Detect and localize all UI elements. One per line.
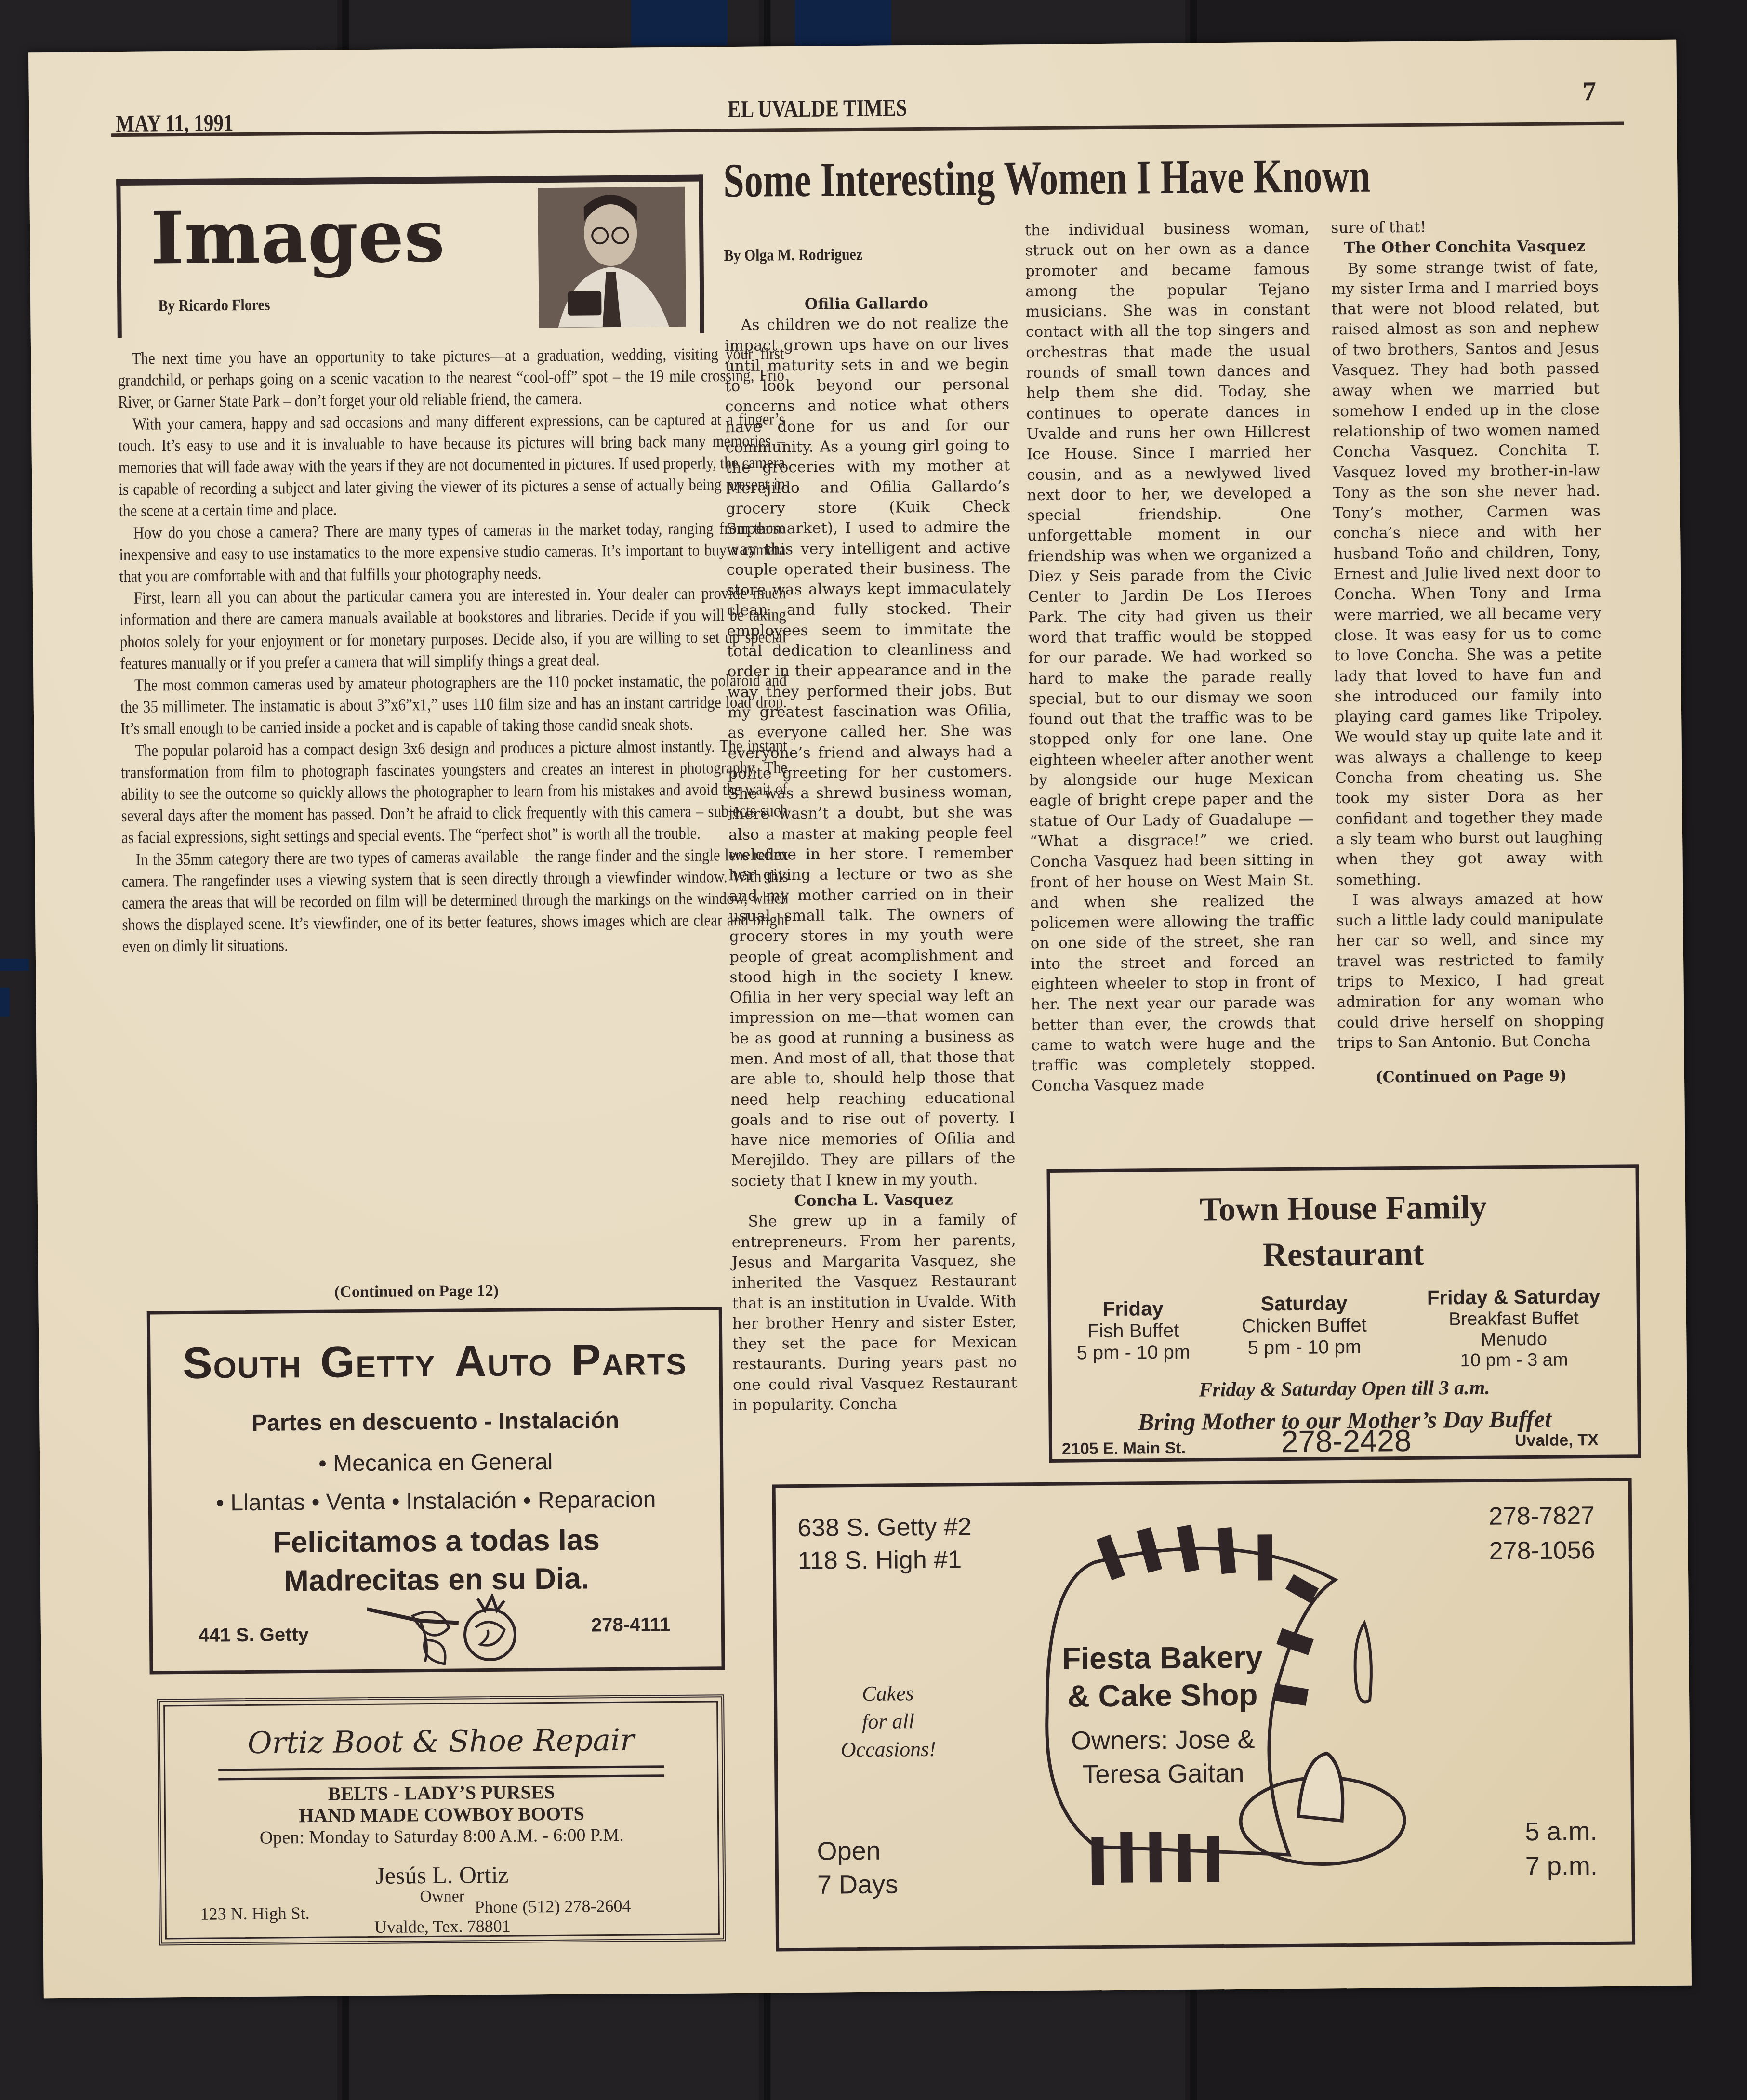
ad-phone: 278-7827	[1489, 1498, 1595, 1534]
masthead-rule	[111, 121, 1624, 137]
paragraph: The next time you have an opportunity to…	[118, 343, 784, 413]
name-rest: OUTH	[213, 1351, 302, 1385]
south-getty-auto-parts-ad: SOUTH GETTY AUTO PARTS Partes en descuen…	[147, 1307, 725, 1674]
special-day: Friday & Saturday	[1407, 1285, 1619, 1309]
paragraph: By some strange twist of fate, my sister…	[1331, 257, 1603, 891]
article-headline: Some Interesting Women I Have Known	[723, 148, 1371, 209]
section-heading: Ofilia Gallardo	[724, 293, 1008, 316]
ad-services: • Llantas • Venta • Instalación • Repara…	[152, 1486, 720, 1517]
fiesta-bakery-ad: 638 S. Getty #2 118 S. High #1 278-7827 …	[772, 1478, 1636, 1951]
section-heading: The Other Conchita Vasquez	[1331, 236, 1598, 259]
special-weekend: Friday & Saturday Breakfast Buffet Menud…	[1407, 1285, 1620, 1372]
rose-icon	[367, 1593, 531, 1667]
town-house-restaurant-ad: Town House Family Restaurant Friday Fish…	[1046, 1164, 1641, 1463]
newspaper-page: MAY 11, 1991 EL UVALDE TIMES 7 Images By…	[28, 40, 1692, 1999]
continued-link-page-12[interactable]: (Continued on Page 12)	[125, 1280, 708, 1303]
paragraph: She grew up in a family of entrepreneurs…	[731, 1210, 1017, 1416]
special-saturday: Saturday Chicken Buffet 5 pm - 10 pm	[1224, 1291, 1384, 1359]
name-rest: ARTS	[602, 1348, 687, 1382]
scanner-clip-mark	[631, 0, 728, 46]
section-heading: Concha L. Vasquez	[731, 1189, 1016, 1212]
name-initial: G	[320, 1337, 356, 1387]
ad-business-name: Ortiz Boot & Shoe Repair	[160, 1721, 722, 1761]
special-hours: 10 pm - 3 am	[1408, 1349, 1620, 1372]
article-column-3: the individual business woman, struck ou…	[1025, 218, 1316, 1096]
ad-city: Uvalde, TX	[1515, 1431, 1599, 1450]
special-item: Chicken Buffet	[1225, 1314, 1384, 1337]
scanner-clip-mark	[795, 0, 891, 46]
ad-hours-line: 5 a.m.	[1525, 1814, 1598, 1849]
continued-link-page-9[interactable]: (Continued on Page 9)	[1337, 1066, 1605, 1088]
paragraph: I was always amazed at how such a little…	[1336, 888, 1605, 1054]
article-byline: By Olga M. Rodriguez	[724, 246, 862, 265]
name-rest: UTO	[487, 1349, 553, 1383]
double-rule	[218, 1765, 664, 1780]
paragraph: The most common cameras used by amateur …	[120, 669, 787, 740]
ad-business-name: Restaurant	[1051, 1233, 1637, 1276]
ad-address: 638 S. Getty #2	[797, 1510, 972, 1545]
newspaper-name: EL UVALDE TIMES	[728, 93, 907, 123]
ad-address: 118 S. High #1	[798, 1543, 972, 1577]
ad-tagline: Partes en descuento - Instalación	[151, 1406, 719, 1437]
paragraph: In the 35mm category there are two types…	[121, 844, 789, 958]
ad-phones: 278-7827 278-1056	[1489, 1498, 1595, 1569]
ad-owners: Owners: Jose & Teresa Gaitan	[1038, 1722, 1289, 1792]
special-day: Saturday	[1224, 1291, 1383, 1316]
images-article-body: The next time you have an opportunity to…	[118, 343, 792, 958]
ad-business-name: Fiesta Bakery & Cake Shop	[1037, 1638, 1288, 1715]
article-column-2: Ofilia Gallardo As children we do not re…	[724, 293, 1017, 1416]
ad-business-name: SOUTH GETTY AUTO PARTS	[150, 1334, 719, 1389]
ad-name-line: & Cake Shop	[1037, 1676, 1288, 1715]
ad-business-name: Town House Family	[1050, 1187, 1636, 1230]
article-column-4: sure of that! The Other Conchita Vasquez…	[1331, 216, 1605, 1088]
special-item: Breakfast Buffet	[1408, 1308, 1620, 1330]
ad-greeting: Felicitamos a todas las	[152, 1522, 721, 1560]
paragraph: How do you chose a camera? There are man…	[119, 517, 786, 587]
ad-slogan: Cakes for all Occasions!	[825, 1679, 951, 1764]
ad-open-line: 7 Days	[817, 1867, 899, 1902]
ad-slogan-line: for all	[825, 1707, 951, 1736]
ad-addresses: 638 S. Getty #2 118 S. High #1	[797, 1510, 972, 1577]
ad-slogan-line: Cakes	[825, 1679, 951, 1708]
ad-phone: Phone (512) 278-2604	[475, 1896, 631, 1917]
ortiz-boot-shoe-repair-ad: Ortiz Boot & Shoe Repair BELTS - LADY’S …	[157, 1694, 726, 1945]
ad-open-line: Open	[817, 1834, 898, 1868]
ad-phone: 278-2428	[1281, 1423, 1412, 1459]
special-item: Menudo	[1408, 1329, 1620, 1351]
column-byline: By Ricardo Flores	[158, 296, 270, 316]
ad-hours: Open: Monday to Saturday 8:00 A.M. - 6:0…	[161, 1823, 722, 1849]
ad-owners-line: Owners: Jose &	[1038, 1722, 1289, 1758]
name-rest: ETTY	[356, 1350, 436, 1384]
ad-greeting: Madrecitas en su Dia.	[152, 1560, 721, 1599]
name-initial: S	[183, 1339, 213, 1388]
ad-address: 441 S. Getty	[199, 1624, 309, 1647]
ad-owners-line: Teresa Gaitan	[1038, 1756, 1289, 1792]
scanner-edge-mark	[0, 988, 10, 1017]
page-number: 7	[1583, 76, 1597, 107]
paragraph: The popular polaroid has a compact desig…	[120, 735, 788, 849]
special-hours: 5 pm - 10 pm	[1061, 1341, 1205, 1364]
ad-phone: 278-4111	[591, 1614, 671, 1636]
special-day: Friday	[1061, 1296, 1205, 1321]
special-hours: 5 pm - 10 pm	[1225, 1336, 1384, 1359]
portrait-icon	[538, 187, 686, 328]
ad-name-line: Fiesta Bakery	[1037, 1638, 1288, 1677]
name-initial: P	[571, 1335, 602, 1385]
ad-city: Uvalde, Tex. 78801	[162, 1914, 723, 1939]
ad-service: • Mecanica en General	[151, 1447, 720, 1478]
author-photo	[538, 187, 686, 328]
column-title: Images	[150, 194, 445, 281]
paragraph: sure of that!	[1331, 216, 1598, 238]
ad-hours: 5 a.m. 7 p.m.	[1525, 1814, 1598, 1884]
paragraph: As children we do not realize the impact…	[725, 313, 1016, 1191]
paragraph: With your camera, happy and sad occasion…	[118, 408, 785, 522]
ad-phone: 278-1056	[1489, 1533, 1595, 1569]
ad-hours-note: Friday & Saturday Open till 3 a.m.	[1052, 1375, 1637, 1403]
ad-address: 2105 E. Main St.	[1062, 1439, 1186, 1459]
special-friday: Friday Fish Buffet 5 pm - 10 pm	[1061, 1296, 1206, 1364]
special-item: Fish Buffet	[1061, 1320, 1205, 1342]
paragraph: the individual business woman, struck ou…	[1025, 218, 1316, 1096]
ad-open-days: Open 7 Days	[817, 1834, 898, 1902]
paragraph: First, learn all you can about the parti…	[119, 582, 787, 674]
name-initial: A	[454, 1336, 488, 1386]
scanner-edge-mark	[0, 959, 29, 971]
ad-hours-line: 7 p.m.	[1525, 1849, 1598, 1884]
ad-slogan-line: Occasions!	[826, 1735, 951, 1764]
